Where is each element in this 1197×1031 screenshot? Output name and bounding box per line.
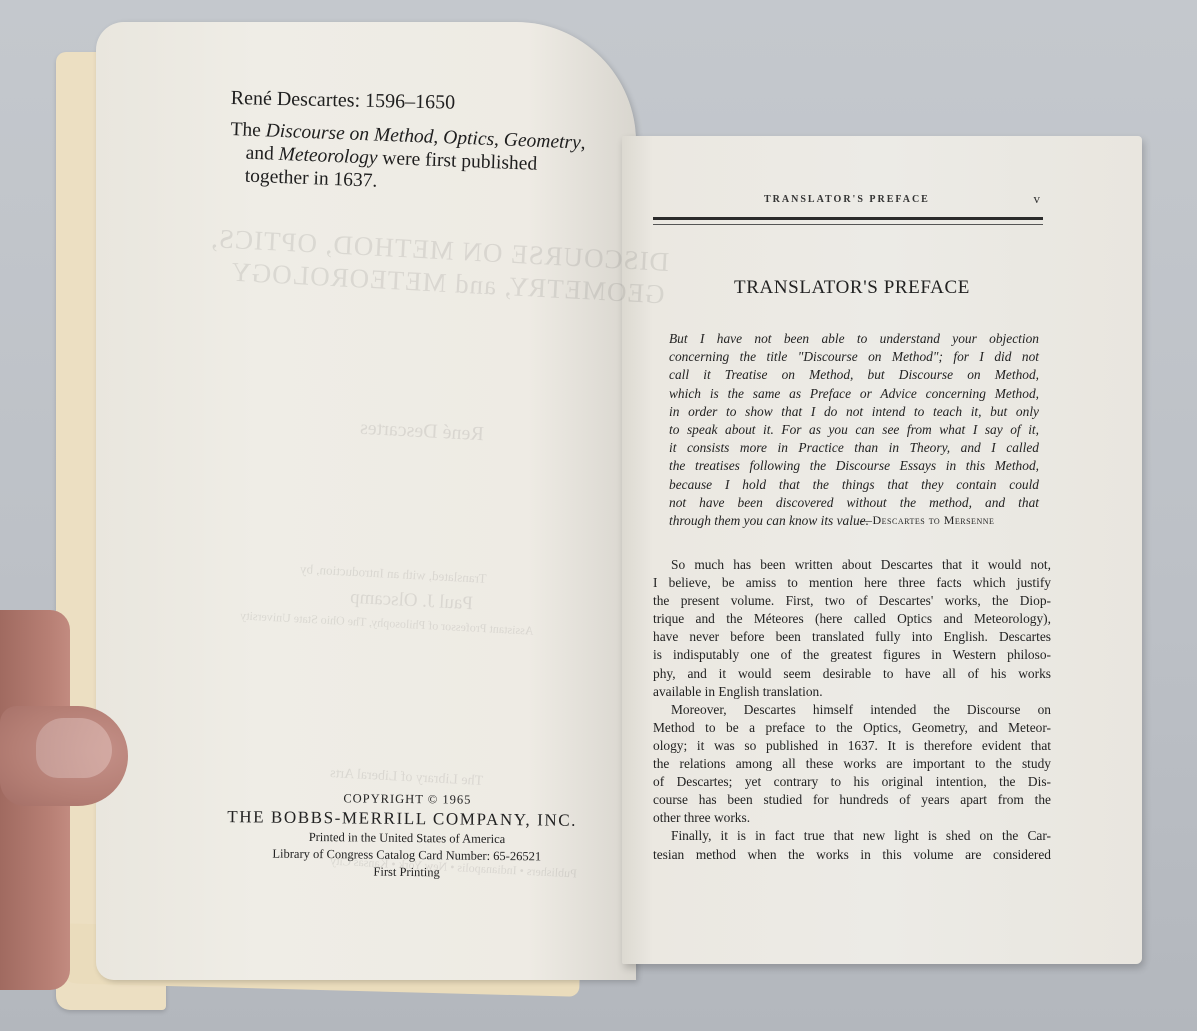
body-line: of Descartes; yet contrary to his origin… (653, 773, 1051, 791)
epigraph-line: the treatises following the Discourse Es… (669, 457, 1039, 475)
catalog-number: Library of Congress Catalog Card Number:… (236, 845, 578, 866)
body-line: course has been studied for hundreds of … (653, 791, 1051, 809)
body-line: I believe, be amiss to mention here thre… (653, 574, 1051, 592)
body-line: ology; it was so published in 1637. It i… (653, 737, 1051, 755)
body-line: Moreover, Descartes himself intended the… (653, 701, 1051, 719)
photo-scene: DISCOURSE ON METHOD, OPTICS, GEOMETRY, a… (0, 0, 1197, 1031)
author-dates: René Descartes: 1596–1650 (231, 87, 456, 115)
body-line: tesian method when the works in this vol… (653, 846, 1051, 864)
page-number: v (1034, 191, 1043, 207)
running-header: TRANSLATOR'S PREFACE v (652, 191, 1042, 213)
body-line: have never before been translated fully … (653, 628, 1051, 646)
epigraph-line: which is the same as Preface or Advice c… (669, 385, 1039, 403)
epigraph-line: not have been discovered without the met… (669, 494, 1039, 512)
body-line: available in English translation. (653, 683, 1051, 701)
note-title-geometry: Geometry (503, 129, 581, 153)
body-line: phy, and it would seem desirable to have… (653, 665, 1051, 683)
epigraph: But I have not been able to understand y… (669, 330, 1039, 530)
body-line: So much has been written about Descartes… (653, 556, 1051, 574)
note-text: The (230, 119, 266, 141)
body-line: the relations among all these works are … (653, 755, 1051, 773)
epigraph-line: because I hold that the things that they… (669, 476, 1039, 494)
note-text: and (245, 143, 279, 165)
note-text: , (580, 132, 586, 153)
note-title-meteorology: Meteorology (278, 144, 378, 169)
header-double-rule (653, 217, 1043, 225)
epigraph-line: to speak about it. For as you can see fr… (669, 421, 1039, 439)
body-line: trique and the Méteores (here called Opt… (653, 610, 1051, 628)
thumbnail (36, 718, 112, 778)
copyright-block: COPYRIGHT © 1965 THE BOBBS-MERRILL COMPA… (236, 789, 579, 883)
body-line: other three works. (653, 809, 1051, 827)
epigraph-line: in order to show that I do not intend to… (669, 403, 1039, 421)
chapter-title: TRANSLATOR'S PREFACE (653, 277, 1051, 299)
body-line: the present volume. First, two of Descar… (653, 592, 1051, 610)
epigraph-line: it consists more in Practice than in The… (669, 439, 1039, 457)
publisher-name: THE BOBBS-MERRILL COMPANY, INC. (226, 806, 578, 832)
body-line: Method to be a preface to the Optics, Ge… (653, 719, 1051, 737)
epigraph-attribution: —Descartes to Mersenne (860, 513, 994, 528)
running-head-title: TRANSLATOR'S PREFACE (764, 194, 930, 205)
note-title-optics: Optics (443, 127, 495, 150)
preface-body: So much has been written about Descartes… (653, 556, 1051, 864)
body-line: Finally, it is in fact true that new lig… (653, 827, 1051, 845)
body-line: is indisputably one of the greatest figu… (653, 646, 1051, 664)
epigraph-line: But I have not been able to understand y… (669, 330, 1039, 348)
epigraph-line: call it Treatise on Method, but Discours… (669, 366, 1039, 384)
epigraph-line: concerning the title "Discourse on Metho… (669, 348, 1039, 366)
printing-edition: First Printing (236, 862, 578, 883)
publication-note: The Discourse on Method, Optics, Geometr… (228, 118, 610, 202)
